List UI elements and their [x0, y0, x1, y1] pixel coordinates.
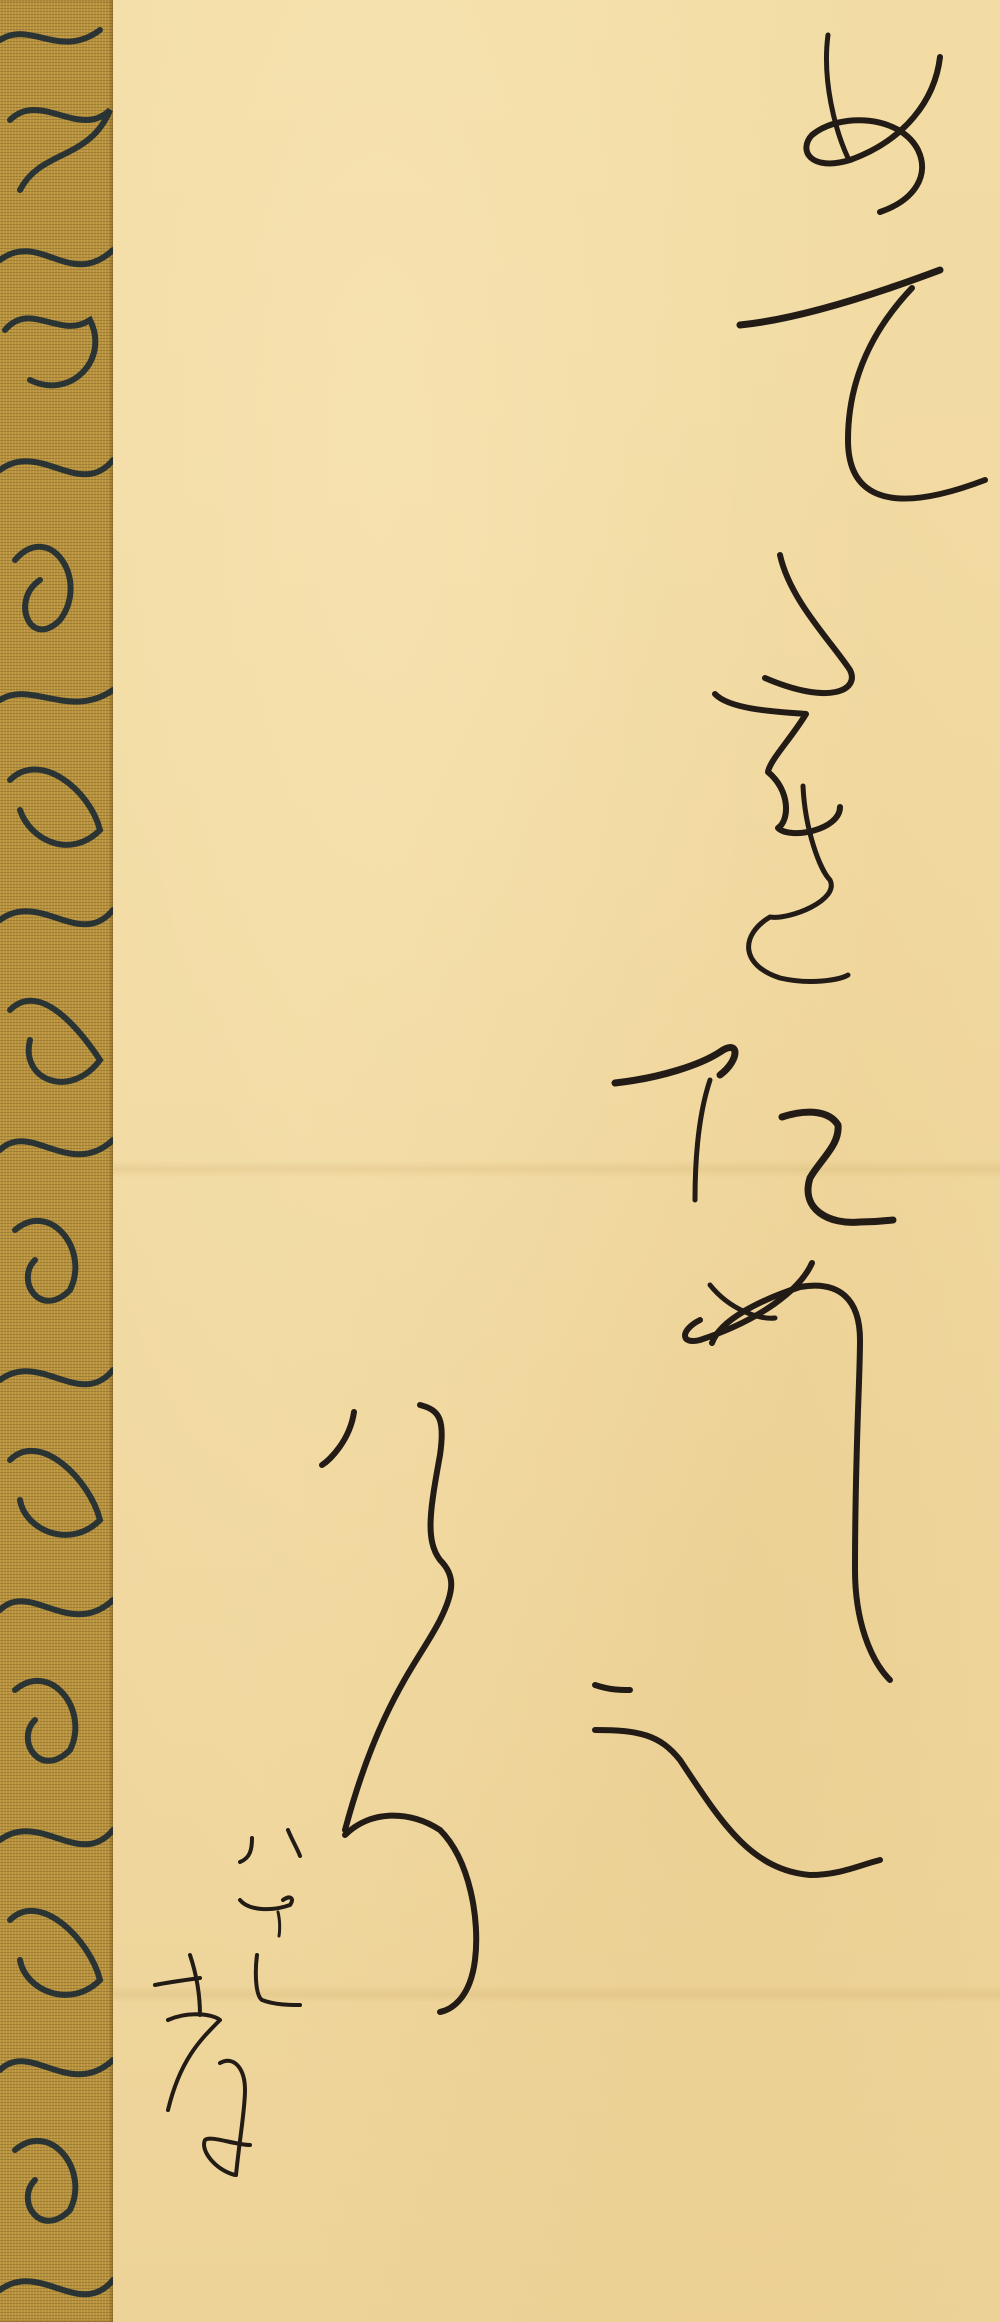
signature: [155, 1830, 300, 2175]
character-shi: [322, 1405, 476, 2012]
character-me-2: [595, 1263, 890, 1875]
character-te: [740, 270, 985, 499]
character-ta: [615, 1048, 893, 1223]
hanging-scroll: めてきためゝ ハ十二 翁: [0, 0, 1000, 2322]
character-ki: [715, 555, 852, 981]
calligraphy-ink: [0, 0, 1000, 2322]
character-me-1: [806, 35, 940, 212]
